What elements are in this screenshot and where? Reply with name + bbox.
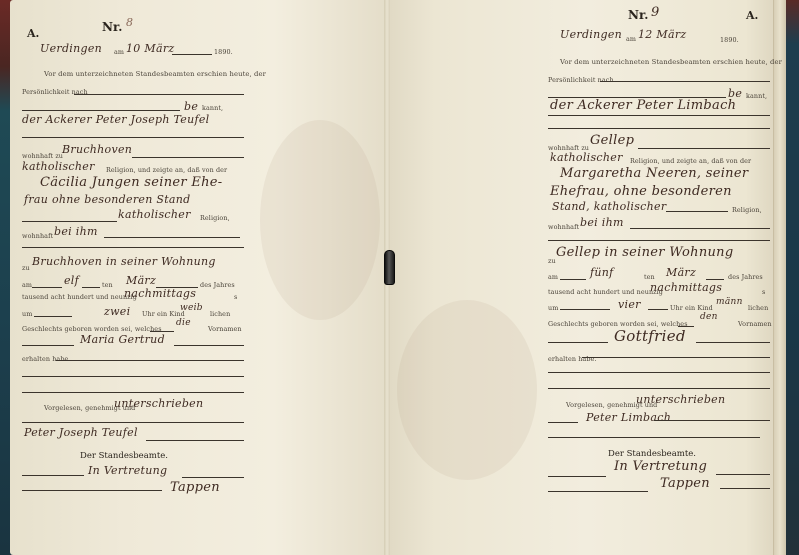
- rule: [548, 372, 770, 373]
- rule: [582, 357, 770, 358]
- hour-label: um: [22, 310, 32, 318]
- official-signature: Tappen: [660, 476, 710, 491]
- rule: [560, 279, 586, 280]
- rule: [548, 422, 578, 423]
- rule: [548, 437, 760, 438]
- page-stack-edge: [773, 0, 786, 555]
- article-hand: die: [176, 318, 191, 328]
- rule: [548, 128, 770, 129]
- year-label: des Jahres: [728, 273, 763, 281]
- binding-clip: [384, 250, 395, 285]
- mother-hand: Cäcilia Jungen seiner Ehe-: [40, 175, 223, 190]
- rule: [174, 345, 244, 346]
- rule: [548, 240, 770, 241]
- month-hand: März: [126, 274, 156, 287]
- forename-hand: Gottfried: [614, 327, 686, 345]
- hour-text: Uhr ein Kind: [142, 310, 185, 318]
- religion-label: Religion,: [732, 206, 762, 214]
- intro-line: Vor dem unterzeichneten Standesbeamten e…: [560, 58, 782, 66]
- thousand-text: tausend acht hundert und neunzig: [22, 293, 137, 301]
- rule: [548, 491, 648, 492]
- official-signature: Tappen: [170, 480, 220, 495]
- received-label: erhalten habe.: [22, 355, 71, 363]
- read-hand: unterschrieben: [636, 393, 725, 406]
- month-label: ten: [644, 273, 655, 281]
- time-suffix: s: [762, 288, 765, 296]
- rule: [22, 137, 244, 138]
- hour-text: Uhr ein Kind: [670, 304, 713, 312]
- date-hand: 10 März: [126, 42, 174, 55]
- rule: [22, 345, 74, 346]
- rule: [666, 211, 728, 212]
- declarant-hand: der Ackerer Peter Joseph Teufel: [22, 113, 210, 126]
- religion-hand: katholischer: [550, 151, 623, 164]
- rule: [706, 279, 724, 280]
- rule: [22, 376, 244, 377]
- day-hand: elf: [64, 274, 79, 287]
- rule: [32, 287, 62, 288]
- rule: [548, 476, 606, 477]
- residence-hand: Gellep: [590, 133, 634, 148]
- time-suffix: s: [234, 293, 237, 301]
- rule: [146, 440, 244, 441]
- official-title: Der Standesbeamte.: [608, 449, 696, 459]
- rule: [548, 115, 770, 116]
- known-label: kannt,: [202, 104, 223, 112]
- deputy-hand: In Vertretung: [88, 464, 167, 477]
- forename-label: Vornamen: [738, 320, 772, 328]
- identity-hand: be: [184, 100, 198, 113]
- birthplace-hand: Bruchhoven in seiner Wohnung: [32, 255, 216, 268]
- article-hand: den: [700, 312, 718, 322]
- date-prefix: am: [114, 48, 124, 56]
- mother-residence-hand: bei ihm: [54, 225, 98, 238]
- sex-hand: weib: [180, 303, 203, 313]
- rule: [22, 110, 180, 111]
- rule: [56, 360, 244, 361]
- rule: [132, 157, 244, 158]
- day-hand: fünf: [590, 266, 614, 279]
- declarant-signature: Peter Joseph Teufel: [24, 426, 138, 439]
- read-hand: unterschrieben: [114, 397, 203, 410]
- religion-hand: katholischer: [22, 160, 95, 173]
- forename-label: Vornamen: [208, 325, 242, 333]
- rule: [630, 228, 770, 229]
- identity-label: Persönlichkeit nach: [548, 76, 614, 84]
- record-number-hand: 8: [126, 16, 133, 29]
- date-hand: 12 März: [638, 28, 686, 41]
- day-label: am: [22, 281, 32, 289]
- rule: [22, 422, 244, 423]
- time-of-day-hand: nachmittags: [124, 287, 196, 300]
- birthplace-prefix: zu: [22, 264, 30, 272]
- rule: [150, 331, 174, 332]
- mother-residence-label: wohnhaft: [548, 223, 579, 231]
- religion-label: Religion,: [200, 214, 230, 222]
- paper-stain: [260, 120, 380, 320]
- book-cover-right: [785, 0, 799, 555]
- record-number-label: Nr.: [102, 20, 122, 34]
- rule: [560, 309, 610, 310]
- month-hand: März: [666, 266, 696, 279]
- record-number-label: Nr.: [628, 8, 648, 22]
- rule: [600, 81, 770, 82]
- mother-residence-hand: bei ihm: [580, 216, 624, 229]
- date-prefix: am: [626, 35, 636, 43]
- rule: [82, 287, 100, 288]
- residence-hand: Bruchhoven: [62, 143, 132, 156]
- mother-residence-label: wohnhaft: [22, 232, 53, 240]
- forename-hand: Maria Gertrud: [80, 333, 165, 346]
- time-of-day-hand: nachmittags: [650, 281, 722, 294]
- rule: [74, 94, 244, 95]
- religion-text: Religion, und zeigte an, daß von der: [106, 166, 227, 174]
- rule: [720, 488, 770, 489]
- rule: [716, 474, 770, 475]
- rule: [104, 237, 240, 238]
- paper-stain: [397, 300, 537, 480]
- month-label: ten: [102, 281, 113, 289]
- mother-hand-2: Ehefrau, ohne besonderen: [550, 184, 732, 199]
- place-hand: Uerdingen: [560, 28, 622, 41]
- rule: [22, 392, 244, 393]
- sex-suffix: lichen: [748, 304, 768, 312]
- religion-text: Religion, und zeigte an, daß von der: [630, 157, 751, 165]
- rule: [172, 54, 212, 55]
- year-label: des Jahres: [200, 281, 235, 289]
- mother-hand: Margaretha Neeren, seiner: [560, 166, 748, 181]
- mother-hand-3: Stand, katholischer: [552, 200, 666, 213]
- gender-text: Geschlechts geboren worden sei, welches: [22, 325, 162, 333]
- rule: [638, 148, 770, 149]
- place-hand: Uerdingen: [40, 42, 102, 55]
- known-label: kannt,: [746, 92, 767, 100]
- rule: [654, 420, 770, 421]
- intro-line: Vor dem unterzeichneten Standesbeamten e…: [44, 70, 266, 78]
- sex-hand: männ: [716, 297, 743, 307]
- rule: [696, 342, 770, 343]
- sex-suffix: lichen: [210, 310, 230, 318]
- mother-hand-2: frau ohne besonderen Stand: [24, 193, 191, 206]
- rule: [648, 309, 668, 310]
- rule: [22, 475, 84, 476]
- day-label: am: [548, 273, 558, 281]
- hour-label: um: [548, 304, 558, 312]
- rule: [34, 316, 72, 317]
- series-label: A.: [746, 9, 758, 22]
- rule: [22, 490, 162, 491]
- rule: [22, 247, 244, 248]
- residence-label: wohnhaft zu: [22, 152, 63, 160]
- declarant-signature: Peter Limbach: [586, 411, 671, 424]
- rule: [548, 342, 608, 343]
- declarant-hand: der Ackerer Peter Limbach: [550, 98, 736, 113]
- rule: [548, 388, 770, 389]
- rule: [182, 477, 244, 478]
- record-number-hand: 9: [651, 5, 660, 20]
- year-text: 1890.: [214, 48, 233, 56]
- birthplace-prefix: zu: [548, 257, 556, 265]
- official-title: Der Standesbeamte.: [80, 451, 168, 461]
- hour-hand: zwei: [104, 305, 130, 318]
- birthplace-hand: Gellep in seiner Wohnung: [556, 245, 733, 260]
- rule: [22, 221, 117, 222]
- year-text: 1890.: [720, 36, 739, 44]
- thousand-text: tausend acht hundert und neunzig: [548, 288, 663, 296]
- mother-religion-hand: katholischer: [118, 208, 191, 221]
- hour-hand: vier: [618, 298, 641, 311]
- deputy-hand: In Vertretung: [614, 459, 707, 474]
- series-label: A.: [27, 27, 39, 40]
